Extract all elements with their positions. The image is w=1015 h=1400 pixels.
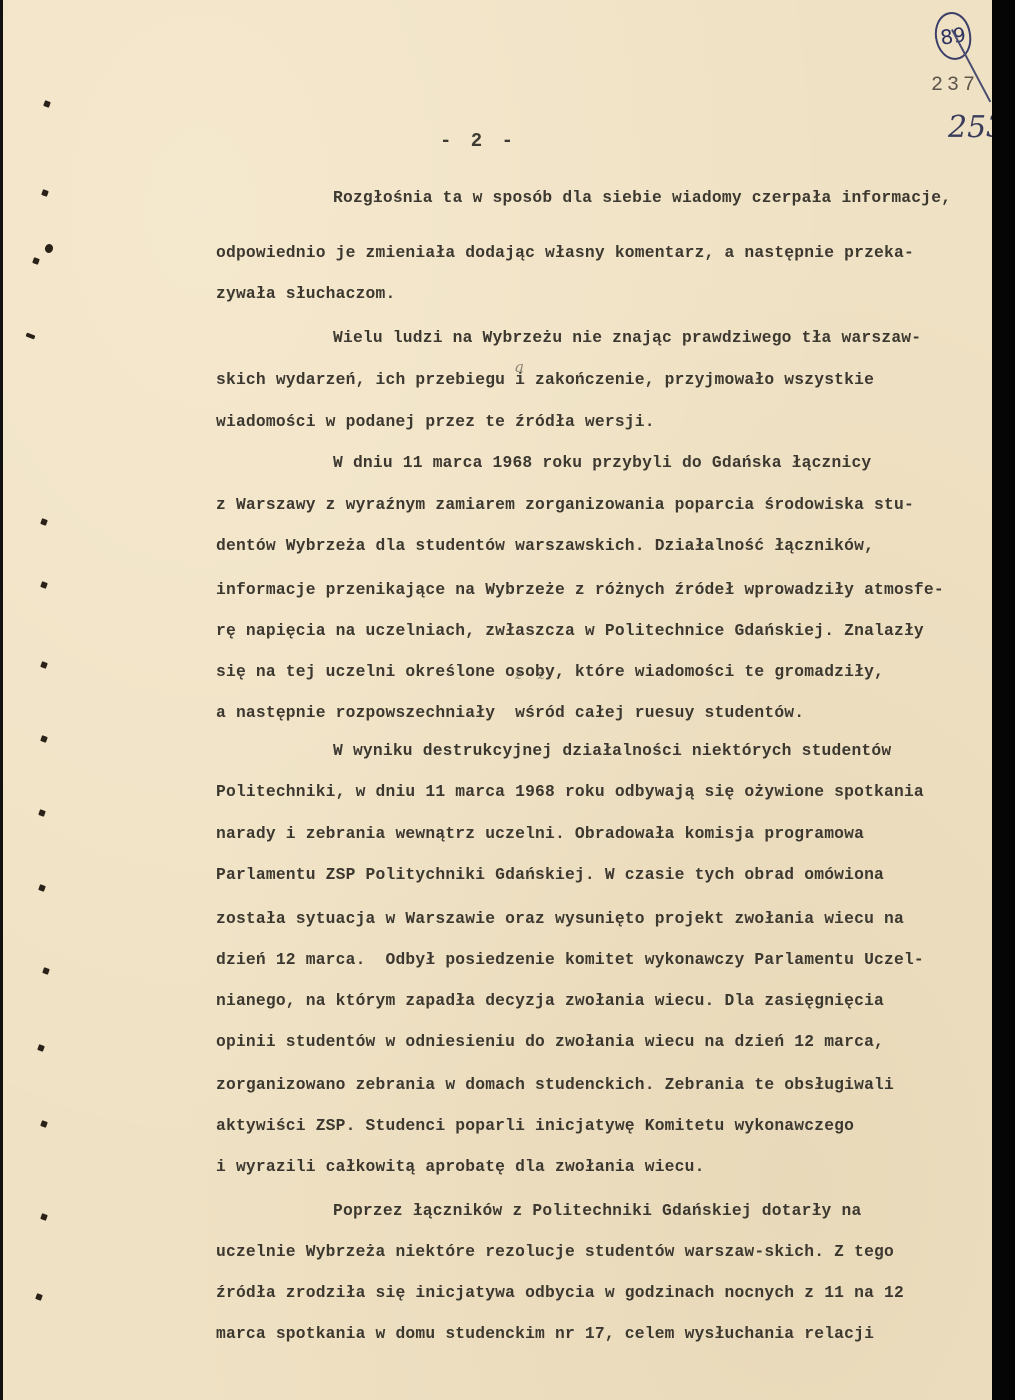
binding-hole	[38, 884, 46, 892]
text-line: opinii studentów w odniesieniu do zwołan…	[216, 1032, 884, 1051]
binding-hole	[44, 243, 55, 254]
binding-hole	[40, 735, 48, 743]
text-line: Politechniki, w dniu 11 marca 1968 roku …	[216, 782, 924, 801]
text-line: nianego, na którym zapadła decyzja zwoła…	[216, 991, 884, 1010]
scan-right-edge	[992, 0, 1015, 1400]
text-line: Rozgłośnia ta w sposób dla siebie wiadom…	[333, 188, 951, 207]
text-line: skich wydarzeń, ich przebiegu i zakończe…	[216, 370, 874, 389]
text-line: uczelnie Wybrzeża niektóre rezolucje stu…	[216, 1242, 894, 1261]
text-line: aktywiści ZSP. Studenci poparli inicjaty…	[216, 1116, 854, 1135]
binding-hole	[32, 257, 40, 265]
binding-hole	[40, 518, 48, 526]
document-page: 89 237 253 - 2 - a z z Rozgłośnia ta w s…	[3, 0, 992, 1400]
text-line: zywała słuchaczom.	[216, 284, 395, 303]
text-line: rę napięcia na uczelniach, zwłaszcza w P…	[216, 621, 924, 640]
binding-hole	[40, 581, 48, 589]
archive-stamp: 89	[932, 10, 974, 63]
binding-hole	[43, 100, 51, 108]
text-line: dzień 12 marca. Odbył posiedzenie komite…	[216, 950, 924, 969]
text-line: Poprzez łączników z Politechniki Gdański…	[333, 1201, 861, 1220]
binding-hole	[40, 1213, 48, 1221]
binding-hole	[38, 809, 46, 817]
text-line: źródła zrodziła się inicjatywa odbycia w…	[216, 1283, 904, 1302]
text-line: narady i zebrania wewnątrz uczelni. Obra…	[216, 824, 864, 843]
binding-hole	[42, 967, 50, 975]
text-line: zorganizowano zebrania w domach studenck…	[216, 1075, 894, 1094]
text-line: dentów Wybrzeża dla studentów warszawski…	[216, 536, 874, 555]
binding-hole	[40, 1120, 48, 1128]
handwritten-folio-number: 253	[948, 110, 992, 145]
page-number: - 2 -	[440, 130, 517, 152]
text-line: marca spotkania w domu studenckim nr 17,…	[216, 1324, 874, 1343]
text-line: i wyrazili całkowitą aprobatę dla zwołan…	[216, 1157, 705, 1176]
text-line: W dniu 11 marca 1968 roku przybyli do Gd…	[333, 453, 871, 472]
binding-hole	[35, 1293, 43, 1301]
binding-hole	[41, 189, 49, 197]
binding-hole	[37, 1044, 45, 1052]
text-line: się na tej uczelni określone osoby, któr…	[216, 662, 884, 681]
text-line: została sytuacja w Warszawie oraz wysuni…	[216, 909, 904, 928]
text-line: informacje przenikające na Wybrzeże z ró…	[216, 580, 944, 599]
binding-hole	[40, 661, 48, 669]
text-line: Wielu ludzi na Wybrzeżu nie znając prawd…	[333, 328, 921, 347]
binding-hole	[26, 333, 36, 340]
text-line: Parlamentu ZSP Politychniki Gdańskiej. W…	[216, 865, 884, 884]
text-line: odpowiednio je zmieniała dodając własny …	[216, 243, 914, 262]
text-line: wiadomości w podanej przez te źródła wer…	[216, 412, 655, 431]
text-line: a następnie rozpowszechniały wśród całej…	[216, 703, 804, 722]
text-line: z Warszawy z wyraźnym zamiarem zorganizo…	[216, 495, 914, 514]
typed-folio-number: 237	[931, 74, 979, 97]
text-line: W wyniku destrukcyjnej działalności niek…	[333, 741, 891, 760]
